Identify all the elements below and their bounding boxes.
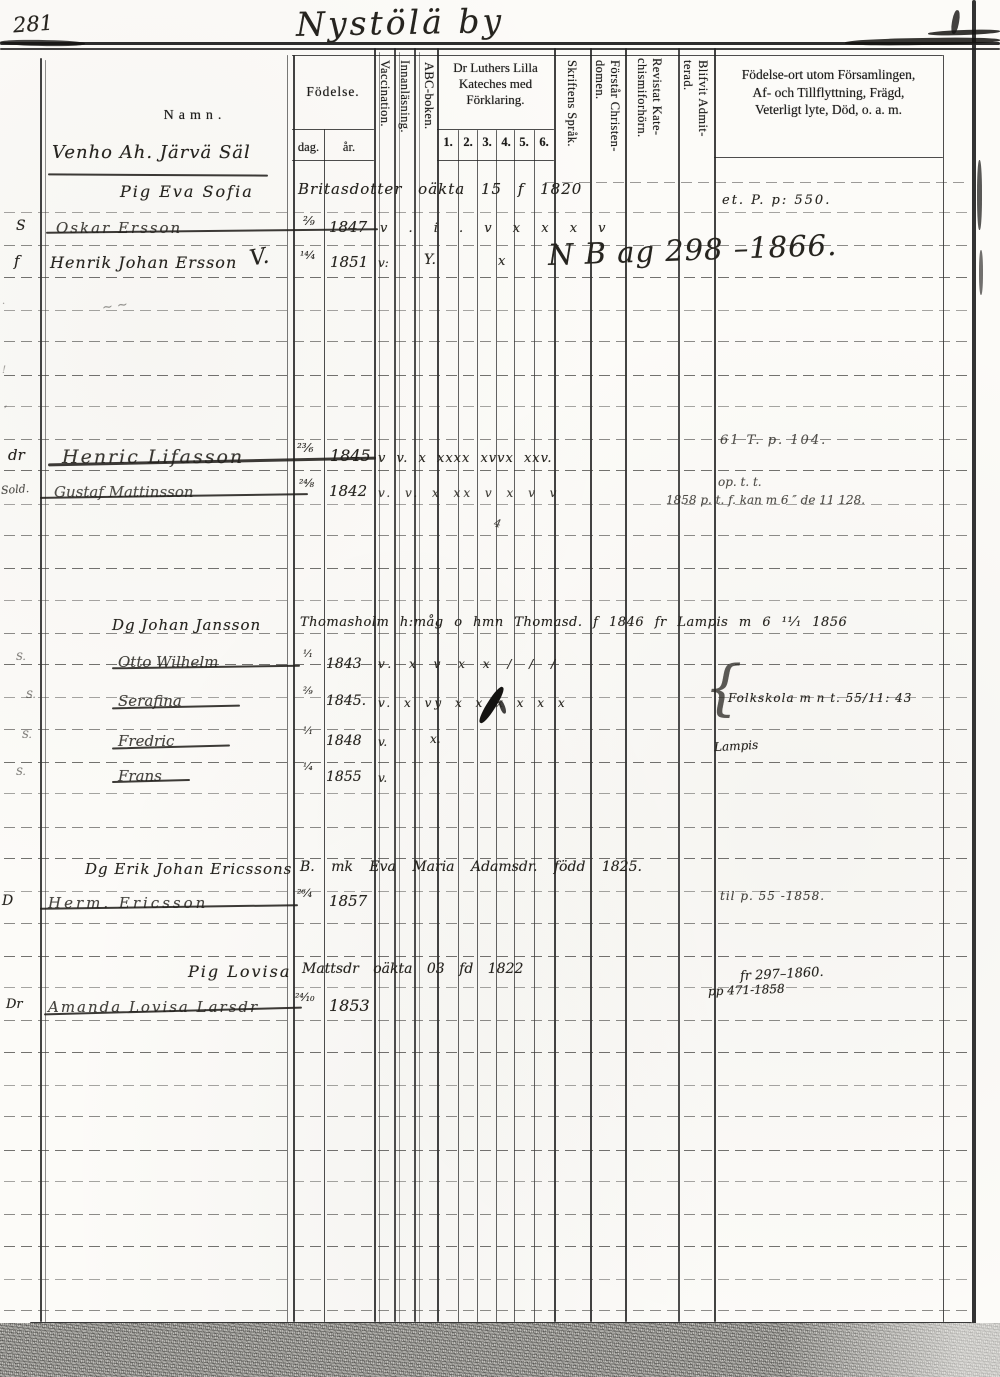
entry-name: Pig Eva Sofia <box>120 184 254 200</box>
document-page: Namn. Födelse. dag. år. Vaccination. Inn… <box>0 0 1000 1377</box>
scribble: ~ ~ <box>101 298 128 314</box>
exam-marks: Y. <box>424 253 436 267</box>
margin-note: fr 297–1860. <box>740 966 824 983</box>
flourish: V. <box>248 246 271 271</box>
scribble: , <box>4 398 8 409</box>
margin-note: 1858 p. t. f. kan m 6 ″ de 11 128. <box>666 494 865 506</box>
exam-marks: v. v. x xx v x v v <box>378 487 559 499</box>
margin-note: Lampis <box>714 739 759 753</box>
margin-note: op. t. t. <box>718 476 762 488</box>
entry-name: Pig Lovisa <box>188 964 291 980</box>
brace: { <box>704 658 742 718</box>
entry-name: Dg Erik Johan Ericssons <box>85 862 292 877</box>
birth-day: ²⁴⁄₈ <box>299 478 314 489</box>
birth-day: ²⁶⁄₄ <box>297 888 312 899</box>
margin-note-large: N B ag 298 –1866. <box>548 231 838 270</box>
birth-year: 1843 <box>326 657 362 671</box>
birth-year: 1857 <box>329 894 367 909</box>
margin-code: S. <box>16 653 26 663</box>
birth-day: ¹⁄₄ <box>303 763 313 773</box>
farm-heading: Venho Ah. Järvä Säl <box>52 144 251 162</box>
exam-marks: v. x vy x x x x x x <box>378 697 568 709</box>
scribble: 4 <box>493 517 502 529</box>
margin-code: dr <box>8 448 25 463</box>
entry-note: Mattsdr oäkta 03 fd 1822 <box>302 962 523 976</box>
margin-code: S. <box>22 731 32 741</box>
entry-name: Henrik Johan Ersson <box>50 255 237 271</box>
birth-day: ²⁄₉ <box>303 687 313 697</box>
birth-year: 1855 <box>326 770 362 784</box>
scribble: · <box>2 300 5 310</box>
scribble: ! <box>2 366 6 376</box>
birth-year: 1848 <box>326 734 362 748</box>
margin-code: S. <box>16 768 26 778</box>
entry-note: B. mk Eva Maria Adamsdr. född 1825. <box>300 860 642 874</box>
birth-year: 1842 <box>329 484 367 499</box>
birth-year: 1845. <box>326 694 366 708</box>
entry-name: Oskar Ersson <box>56 221 182 236</box>
heading-underline <box>48 173 268 176</box>
exam-marks: v. <box>378 736 387 748</box>
margin-code: Dr <box>6 998 23 1011</box>
margin-code: Sold. <box>1 483 30 496</box>
margin-note: et. P. p: 550. <box>722 194 831 207</box>
village-title: Nystölä by <box>296 4 505 41</box>
exam-marks: v v. x xxxx xvvx xxv. <box>378 452 553 465</box>
entry-note: Thomasholm h:måg o hmn Thomasd. f 1846 f… <box>300 616 847 629</box>
margin-code: D <box>2 894 13 908</box>
birth-day: ¹⁄₁ <box>303 650 313 660</box>
margin-code: S <box>16 219 26 233</box>
entry-name: Dg Johan Jansson <box>112 618 261 633</box>
margin-note: til p. 55 -1858. <box>720 890 825 902</box>
margin-note: 61 T. p. 104. <box>720 434 827 447</box>
entry-note: Britasdotter oäkta 15 f 1820 <box>298 182 582 197</box>
ink-layer: 281Nystölä byVenho Ah. Järvä SälPig Eva … <box>0 0 1000 1377</box>
exam-marks: v . i . v x x x v <box>380 222 611 235</box>
exam-marks: x. <box>430 733 441 745</box>
birth-day: ¹⁴⁄₄ <box>300 250 315 261</box>
margin-code: f <box>14 254 20 269</box>
exam-marks: v. <box>378 772 387 784</box>
exam-marks: v: <box>378 257 389 269</box>
margin-code: S. <box>26 691 36 701</box>
birth-day: ²³⁄₆ <box>297 442 313 454</box>
birth-year: 1851 <box>330 255 368 270</box>
birth-year: 1853 <box>329 998 370 1014</box>
margin-note: Folkskola m n t. 55/11: 43 <box>728 692 912 704</box>
birth-day: ¹⁄₁ <box>303 727 313 737</box>
page-number: 281 <box>12 13 53 37</box>
birth-day: ²⁄₉ <box>303 215 315 227</box>
margin-note: pp 471-1858 <box>708 983 785 998</box>
scan-noise-band <box>0 1323 1000 1377</box>
birth-day: ²⁴⁄₁₀ <box>295 992 314 1003</box>
exam-marks: v. x v x x / / / <box>378 658 559 670</box>
exam-marks: x <box>498 255 505 268</box>
